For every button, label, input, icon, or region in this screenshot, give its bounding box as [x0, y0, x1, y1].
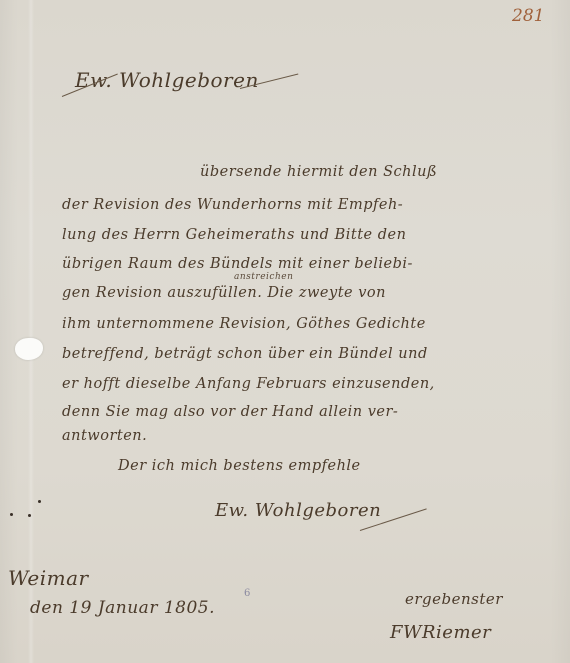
- body-line-5: gen Revision auszufüllen. Die zweyte von: [62, 285, 386, 301]
- date-annotation: 6: [244, 588, 251, 599]
- body-line-4: übrigen Raum des Bündels mit einer belie…: [62, 256, 413, 272]
- closing-line: Der ich mich bestens empfehle: [118, 458, 361, 474]
- ink-speck: [38, 500, 41, 503]
- body-line-2: der Revision des Wunderhorns mit Empfeh-: [62, 197, 403, 213]
- paper-fold-line: [28, 0, 34, 663]
- body-line-6: ihm unternommene Revision, Göthes Gedich…: [62, 316, 426, 332]
- paper-hole: [15, 338, 43, 360]
- interlinear-insertion: anstreichen: [234, 272, 293, 282]
- body-line-7: betreffend, beträgt schon über ein Bünde…: [62, 346, 428, 362]
- signature: FWRiemer: [390, 622, 491, 643]
- letter-page: 281 Ew. Wohlgeboren übersende hiermit de…: [0, 0, 570, 663]
- body-line-1: übersende hiermit den Schluß: [200, 164, 437, 180]
- closing-salutation: Ew. Wohlgeboren: [215, 500, 381, 521]
- signature-prefix: ergebenster: [405, 590, 503, 608]
- body-line-3: lung des Herrn Geheimeraths und Bitte de…: [62, 227, 406, 243]
- letter-date: den 19 Januar 1805.: [30, 598, 215, 618]
- place-name: Weimar: [8, 566, 89, 590]
- body-line-8: er hofft dieselbe Anfang Februars einzus…: [62, 376, 435, 392]
- body-line-9: denn Sie mag also vor der Hand allein ve…: [62, 404, 398, 420]
- ink-speck: [28, 514, 31, 517]
- body-line-10: antworten.: [62, 428, 147, 444]
- folio-number: 281: [512, 6, 544, 26]
- ink-speck: [10, 513, 13, 516]
